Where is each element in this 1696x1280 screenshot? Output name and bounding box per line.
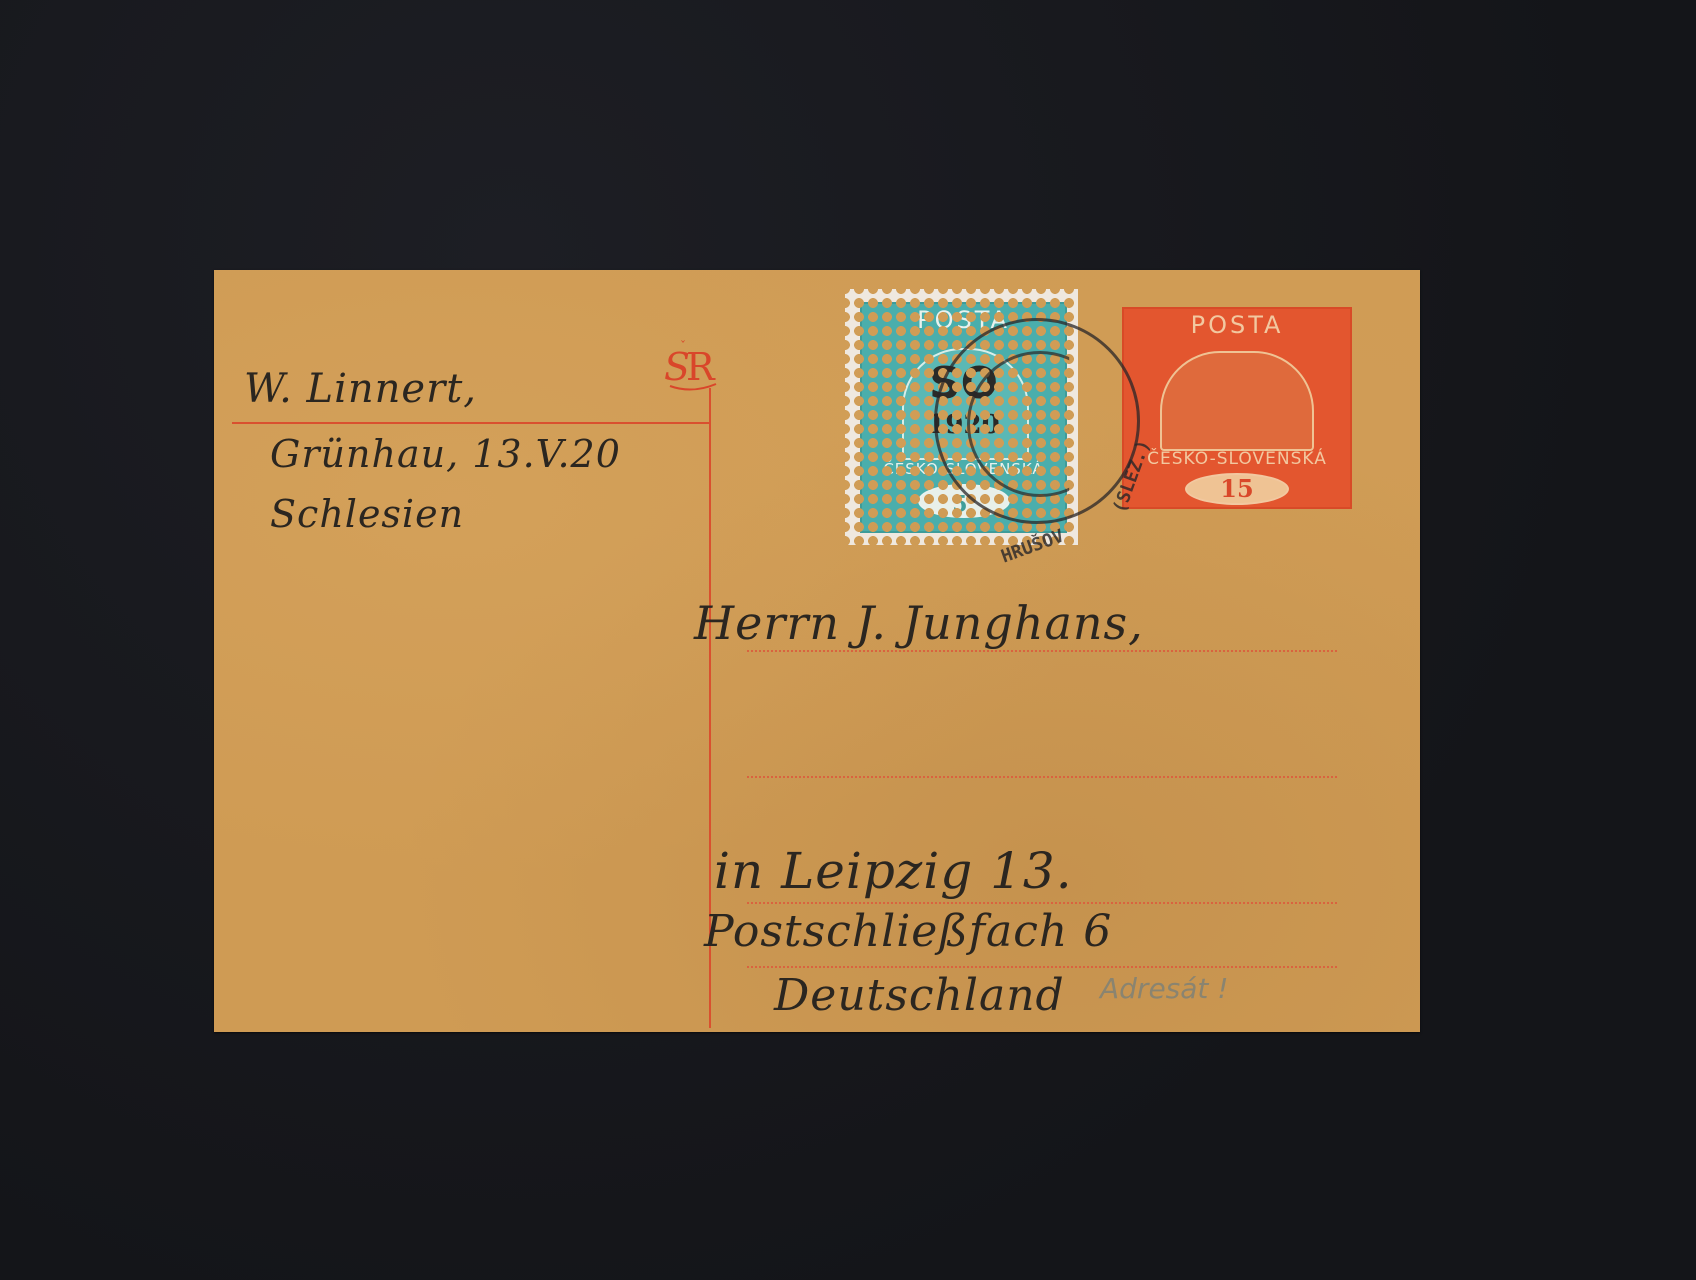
postal-card: S R ˇ W. Linnert, Grünhau, 13.V.20 Schle… bbox=[214, 270, 1420, 1032]
csr-monogram-icon: S R ˇ bbox=[662, 336, 722, 392]
recipient-name: Herrn J. Junghans, bbox=[694, 596, 1144, 650]
stamp-value: 15 bbox=[1185, 473, 1289, 505]
sender-underline bbox=[232, 422, 710, 424]
sender-place-date: Grünhau, 13.V.20 bbox=[270, 432, 621, 476]
pencil-note: Adresát ! bbox=[1100, 972, 1229, 1005]
recipient-city: in Leipzig 13. bbox=[714, 842, 1073, 900]
address-line bbox=[747, 776, 1337, 778]
stamp-top-label: POSTA bbox=[1124, 311, 1350, 339]
svg-text:R: R bbox=[686, 345, 716, 389]
svg-text:ˇ: ˇ bbox=[680, 339, 686, 353]
postmark-circle bbox=[934, 318, 1140, 524]
castle-scene-icon bbox=[1160, 351, 1314, 451]
sender-name: W. Linnert, bbox=[244, 366, 477, 412]
postmark-inner-ring bbox=[967, 351, 1113, 497]
stamp-country: ČESKO-SLOVENSKÁ bbox=[1124, 449, 1350, 469]
sender-region: Schlesien bbox=[270, 492, 464, 536]
recipient-country: Deutschland bbox=[774, 970, 1065, 1021]
recipient-postbox: Postschließfach 6 bbox=[704, 906, 1112, 957]
imprinted-stamp: POSTA ČESKO-SLOVENSKÁ 15 bbox=[1122, 307, 1352, 509]
address-line bbox=[747, 650, 1337, 652]
address-line bbox=[747, 902, 1337, 904]
address-line bbox=[747, 966, 1337, 968]
